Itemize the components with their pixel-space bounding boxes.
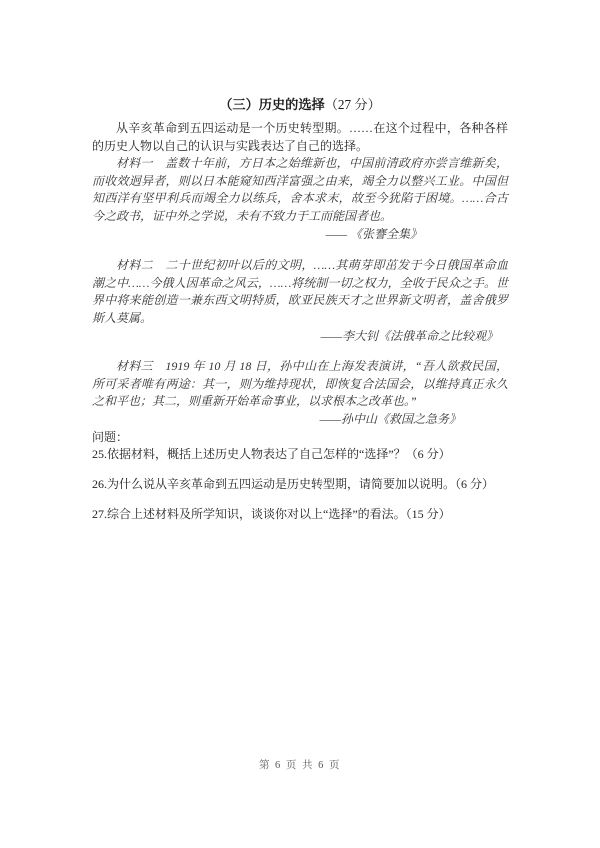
material-3-source: ——孙中山《救国之急务》	[92, 411, 508, 429]
material-1-text: 材料一 盖数十年前，方日本之始维新也，中国前清政府亦尝言维新矣，而收效迥异者，则…	[92, 155, 508, 225]
material-2-text: 材料二 二十世纪初叶以后的文明，……其萌芽即茁发于今日俄国革命血潮之中……今俄人…	[92, 257, 508, 327]
section-title-text: （三）历史的选择	[219, 97, 325, 112]
exam-page: （三）历史的选择（27 分） 从辛亥革命到五四运动是一个历史转型期。……在这个过…	[0, 0, 600, 848]
questions-heading: 问题：	[92, 429, 508, 447]
page-content: （三）历史的选择（27 分） 从辛亥革命到五四运动是一个历史转型期。……在这个过…	[92, 96, 508, 524]
material-block-3: 材料三 1919 年 10 月 18 日，孙中山在上海发表演讲，“吾人欲救民国，…	[92, 358, 508, 428]
material-1-source: —— 《张謇全集》	[92, 226, 508, 244]
question-27: 27.综合上述材料及所学知识，谈谈你对以上“选择”的看法。（15 分）	[92, 506, 508, 524]
material-block-2: 材料二 二十世纪初叶以后的文明，……其萌芽即茁发于今日俄国革命血潮之中……今俄人…	[92, 257, 508, 345]
intro-paragraph: 从辛亥革命到五四运动是一个历史转型期。……在这个过程中，各种各样的历史人物以自己…	[92, 120, 508, 155]
question-26: 26.为什么说从辛亥革命到五四运动是历史转型期，请简要加以说明。（6 分）	[92, 476, 508, 494]
section-title-score: （27 分）	[325, 97, 381, 112]
material-block-1: 材料一 盖数十年前，方日本之始维新也，中国前清政府亦尝言维新矣，而收效迥异者，则…	[92, 155, 508, 243]
questions-section: 问题： 25.依据材料，概括上述历史人物表达了自己怎样的“选择”？（6 分） 2…	[92, 429, 508, 524]
material-3-text: 材料三 1919 年 10 月 18 日，孙中山在上海发表演讲，“吾人欲救民国，…	[92, 358, 508, 411]
page-number: 第 6 页 共 6 页	[0, 757, 600, 772]
question-25: 25.依据材料，概括上述历史人物表达了自己怎样的“选择”？（6 分）	[92, 446, 508, 464]
section-title: （三）历史的选择（27 分）	[92, 96, 508, 113]
material-2-source: ——李大钊《法俄革命之比较观》	[92, 328, 508, 346]
